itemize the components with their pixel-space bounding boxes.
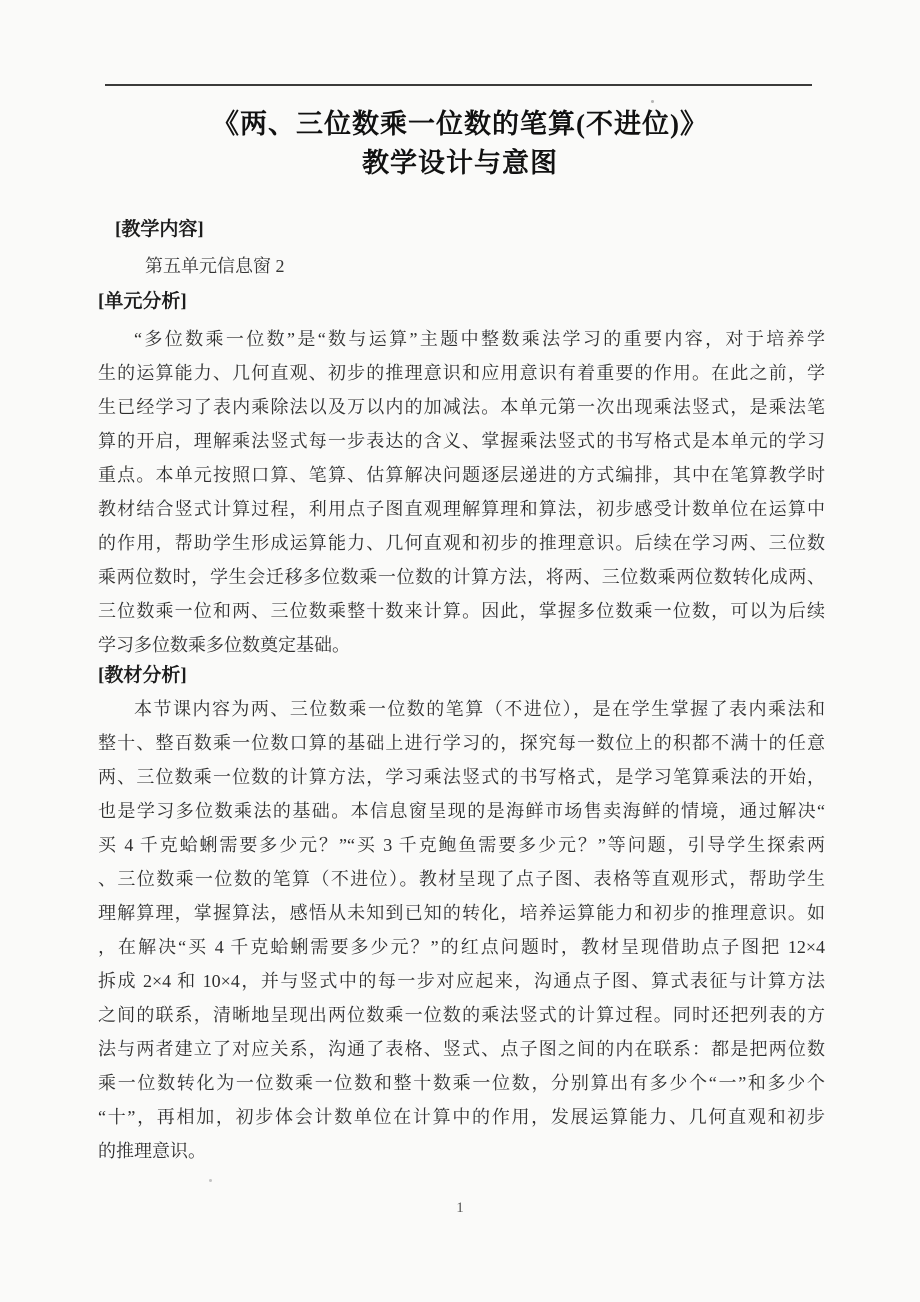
- text-line: 法与两者建立了对应关系，沟通了表格、竖式、点子图之间的内在联系：都是把两位数: [98, 1032, 825, 1066]
- text-line: 的推理意识。: [98, 1134, 825, 1168]
- text-line: 也是学习多位数乘法的基础。本信息窗呈现的是海鲜市场售卖海鲜的情境，通过解决“: [98, 794, 825, 828]
- text-line: 学习多位数乘多位数奠定基础。: [98, 628, 825, 662]
- text-line: “十”，再相加，初步体会计数单位在计算中的作用，发展运算能力、几何直观和初步: [98, 1100, 825, 1134]
- text-line: 两、三位数乘一位数的计算方法，学习乘法竖式的书写格式，是学习笔算乘法的开始，: [98, 760, 825, 794]
- unit-analysis-paragraph: “多位数乘一位数”是“数与运算”主题中整数乘法学习的重要内容，对于培养学生的运算…: [98, 322, 825, 662]
- teaching-content-section: [教学内容] 第五单元信息窗 2 [单元分析]: [98, 212, 825, 320]
- text-line: “多位数乘一位数”是“数与运算”主题中整数乘法学习的重要内容，对于培养学: [98, 322, 825, 356]
- document-title: 《两、三位数乘一位数的笔算(不进位)》 教学设计与意图: [0, 105, 920, 183]
- section-heading-teaching-content: [教学内容]: [98, 212, 825, 248]
- text-line: 本节课内容为两、三位数乘一位数的笔算（不进位），是在学生掌握了表内乘法和: [98, 692, 825, 726]
- page-number: 1: [0, 1200, 920, 1217]
- text-line: 理解算理，掌握算法，感悟从未知到已知的转化，培养运算能力和初步的推理意识。如: [98, 896, 825, 930]
- text-line: 整十、整百数乘一位数口算的基础上进行学习的，探究每一数位上的积都不满十的任意: [98, 726, 825, 760]
- section-heading-material-analysis: [教材分析]: [98, 659, 825, 693]
- text-line: 教材结合竖式计算过程，利用点子图直观理解算理和算法，初步感受计数单位在运算中: [98, 492, 825, 526]
- text-line: 生已经学习了表内乘除法以及万以内的加减法。本单元第一次出现乘法竖式，是乘法笔: [98, 390, 825, 424]
- text-line: ，在解决“买 4 千克蛤蜊需要多少元？”的红点问题时，教材呈现借助点子图把 12…: [98, 930, 825, 964]
- text-line: 算的开启，理解乘法竖式每一步表达的含义、掌握乘法竖式的书写格式是本单元的学习: [98, 424, 825, 458]
- text-line: 买 4 千克蛤蜊需要多少元？”“买 3 千克鲍鱼需要多少元？”等问题，引导学生探…: [98, 828, 825, 862]
- title-line-1: 《两、三位数乘一位数的笔算(不进位)》: [0, 105, 920, 144]
- document-page: 《两、三位数乘一位数的笔算(不进位)》 教学设计与意图 [教学内容] 第五单元信…: [0, 0, 920, 1302]
- text-line: 生的运算能力、几何直观、初步的推理意识和应用意识有着重要的作用。在此之前，学: [98, 356, 825, 390]
- text-line: 重点。本单元按照口算、笔算、估算解决问题逐层递进的方式编排，其中在笔算教学时: [98, 458, 825, 492]
- text-line: 三位数乘一位和两、三位数乘整十数来计算。因此，掌握多位数乘一位数，可以为后续: [98, 594, 825, 628]
- text-line: 、三位数乘一位数的笔算（不进位）。教材呈现了点子图、表格等直观形式，帮助学生: [98, 862, 825, 896]
- material-analysis-paragraph: 本节课内容为两、三位数乘一位数的笔算（不进位），是在学生掌握了表内乘法和整十、整…: [98, 692, 825, 1168]
- scan-speck: [651, 100, 654, 103]
- text-line: 乘一位数转化为一位数乘一位数和整十数乘一位数，分别算出有多少个“一”和多少个: [98, 1066, 825, 1100]
- text-line: 之间的联系，清晰地呈现出两位数乘一位数的乘法竖式的计算过程。同时还把列表的方: [98, 998, 825, 1032]
- scan-speck: [209, 1179, 212, 1182]
- title-line-2: 教学设计与意图: [0, 144, 920, 183]
- text-line: 拆成 2×4 和 10×4，并与竖式中的每一步对应起来，沟通点子图、算式表征与计…: [98, 964, 825, 998]
- text-line: 的作用，帮助学生形成运算能力、几何直观和初步的推理意识。后续在学习两、三位数: [98, 526, 825, 560]
- text-line: 乘两位数时，学生会迁移多位数乘一位数的计算方法，将两、三位数乘两位数转化成两、: [98, 560, 825, 594]
- section-heading-unit-analysis: [单元分析]: [98, 284, 825, 320]
- teaching-content-text: 第五单元信息窗 2: [98, 248, 825, 284]
- header-rule: [105, 84, 812, 86]
